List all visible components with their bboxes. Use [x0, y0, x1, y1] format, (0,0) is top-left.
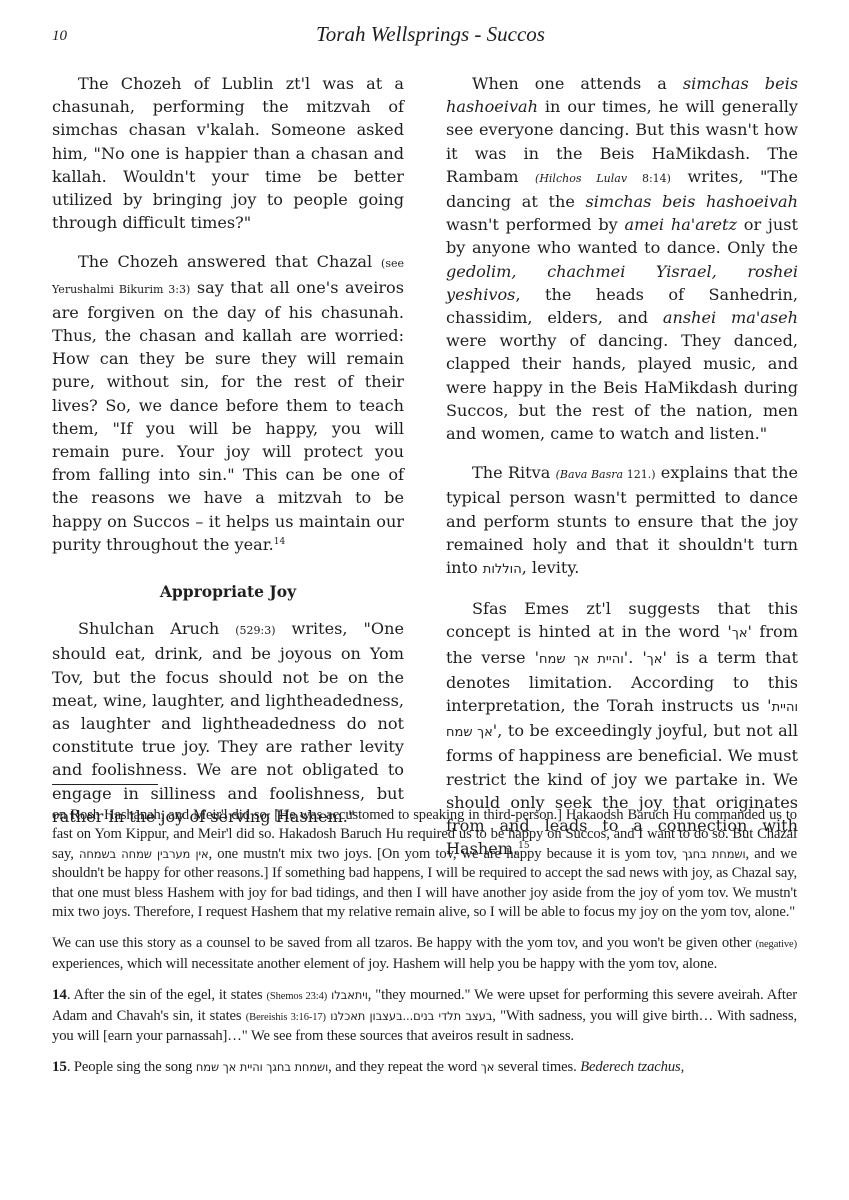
- footnote-divider: [52, 784, 158, 785]
- footnotes-section: on Rosh Hashanah, and Meir'l did so. [He…: [52, 806, 797, 1090]
- hebrew-text: ויתאבלו: [331, 988, 368, 1002]
- footnote-number: 15: [52, 1059, 67, 1075]
- footnote-continuation: on Rosh Hashanah, and Meir'l did so. [He…: [52, 806, 797, 922]
- footnote-14: 14. After the sin of the egel, it states…: [52, 986, 797, 1046]
- source-citation: (Bava Basra 121.): [556, 468, 656, 481]
- paragraph-rambam: When one attends a simchas beis hashoeiv…: [446, 72, 798, 445]
- paragraph-chozeh-story: The Chozeh of Lublin zt'l was at a chasu…: [52, 72, 404, 234]
- hebrew-text: אין מערבין שמחה בשמחה: [79, 847, 209, 861]
- footnote-ref-14[interactable]: 14: [274, 537, 285, 547]
- source-citation: (Shemos 23:4): [267, 991, 328, 1002]
- hebrew-text: אך: [647, 652, 663, 667]
- hebrew-text: ושמחת בחגך והיית אך שמח: [196, 1060, 328, 1074]
- right-column: When one attends a simchas beis hashoeiv…: [446, 72, 798, 877]
- left-column: The Chozeh of Lublin zt'l was at a chasu…: [52, 72, 404, 844]
- hebrew-text: ושמחת בחגך: [682, 847, 746, 861]
- paragraph-chozeh-answer: The Chozeh answered that Chazal (see Yer…: [52, 250, 404, 556]
- source-citation: (Hilchos Lulav 8:14): [535, 172, 671, 185]
- source-citation: (Bereishis 3:16-17): [246, 1012, 326, 1023]
- footnote-15: 15. People sing the song ושמחת בחגך והיי…: [52, 1058, 797, 1077]
- paragraph-ritva: The Ritva (Bava Basra 121.) explains tha…: [446, 461, 798, 581]
- section-heading: Appropriate Joy: [52, 580, 404, 603]
- footnote-number: 14: [52, 987, 67, 1003]
- hebrew-text: אך: [481, 1060, 495, 1074]
- paragraph-shulchan-aruch: Shulchan Aruch (529:3) writes, "One shou…: [52, 617, 404, 828]
- footnote-continuation-2: We can use this story as a counsel to be…: [52, 934, 797, 974]
- page-header: 10 Torah Wellsprings - Succos: [52, 22, 809, 50]
- source-citation: (529:3): [235, 624, 275, 637]
- running-title: Torah Wellsprings - Succos: [52, 22, 809, 47]
- hebrew-text: אך: [732, 626, 748, 641]
- hebrew-text: בעצב תלדי בנים...בעצבון תאכלנו: [330, 1009, 492, 1023]
- hebrew-text: הוללות: [483, 562, 522, 577]
- hebrew-text: והיית אך שמח: [539, 652, 624, 667]
